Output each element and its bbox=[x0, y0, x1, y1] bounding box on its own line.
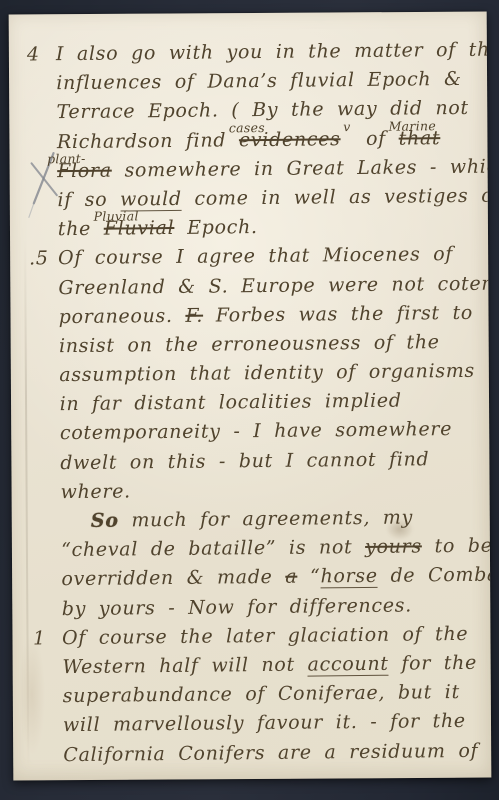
text-run: for the bbox=[389, 652, 478, 675]
text-run: poraneous. bbox=[59, 305, 186, 328]
text-run: come in well as vestiges of bbox=[182, 184, 492, 209]
photo-background: 4I also go with you in the matter of the… bbox=[0, 0, 499, 800]
text-run: “cheval de bataille” is not bbox=[61, 536, 365, 561]
handwritten-line: 4I also go with you in the matter of the bbox=[56, 36, 481, 70]
handwritten-line: assumption that identity of organisms bbox=[59, 357, 484, 391]
handwritten-line: influences of Dana’s fluvial Epoch & bbox=[56, 65, 481, 99]
text-run: California Conifers are a residuum of bbox=[63, 739, 478, 765]
handwritten-line: 1Of course the later glaciation of the bbox=[62, 619, 487, 653]
text-run: I also go with you in the matter of the bbox=[56, 39, 491, 66]
handwritten-text: 4I also go with you in the matter of the… bbox=[56, 36, 489, 770]
handwritten-line: Richardson find casesevidences v of Mari… bbox=[57, 123, 482, 157]
text-run: Epoch. bbox=[174, 216, 258, 239]
handwritten-line: poraneous. F. Forbes was the first to bbox=[59, 298, 484, 332]
text-run: by yours - Now for differences. bbox=[62, 594, 412, 620]
text-run: Forbes was the first to bbox=[203, 302, 473, 327]
paper-crease bbox=[24, 239, 29, 769]
struck-word: yours bbox=[365, 536, 422, 559]
text-run: much for agreements, my bbox=[119, 506, 414, 531]
text-run: dwelt on this - but I cannot find bbox=[60, 448, 429, 474]
text-run: de Combat” bbox=[378, 564, 492, 587]
struck-word: F. bbox=[185, 304, 203, 326]
handwritten-line: Western half will not account for the bbox=[62, 649, 487, 683]
text-run: Of course the later glaciation of the bbox=[62, 623, 468, 649]
text-run: in far distant localities implied bbox=[60, 390, 402, 416]
text-run: to be bbox=[422, 535, 492, 558]
text-run: influences of Dana’s fluvial Epoch & bbox=[56, 68, 462, 94]
handwritten-line: So much for agreements, my bbox=[61, 503, 486, 537]
text-run: Western half will not bbox=[62, 654, 307, 679]
handwritten-line: Greenland & S. Europe were not cotem= bbox=[58, 269, 483, 303]
text-run: Richardson find bbox=[57, 129, 239, 153]
handwritten-line: by yours - Now for differences. bbox=[62, 590, 487, 624]
text-run: cotemporaneity - I have somewhere bbox=[60, 418, 452, 444]
handwritten-line: California Conifers are a residuum of bbox=[63, 736, 488, 770]
text-run: will marvellously favour it. - for the bbox=[63, 710, 466, 736]
handwritten-line: plant-Flora somewhere in Great Lakes - w… bbox=[57, 152, 482, 186]
text-run: Greenland & S. Europe were not cotem= bbox=[58, 272, 491, 299]
handwritten-line: “cheval de bataille” is not yours to be bbox=[61, 532, 486, 566]
struck-word: a bbox=[285, 566, 297, 588]
text-run: superabundance of Coniferae, but it bbox=[63, 681, 460, 707]
text-run: assumption that identity of organisms bbox=[59, 360, 475, 386]
text-run: where. bbox=[60, 480, 131, 503]
text-run: “ bbox=[297, 566, 320, 588]
handwritten-line: in far distant localities implied bbox=[59, 386, 484, 420]
text-run: overridden & made bbox=[61, 566, 285, 590]
handwritten-line: where. bbox=[60, 474, 485, 508]
overwritten-word: So bbox=[91, 510, 119, 532]
text-run: somewhere in Great Lakes - which bbox=[112, 155, 492, 181]
handwritten-line: superabundance of Coniferae, but it bbox=[63, 678, 488, 712]
text-run: insist on the erroneousness of the bbox=[59, 331, 440, 357]
handwritten-line: cotemporaneity - I have somewhere bbox=[60, 415, 485, 449]
handwritten-line: overridden & made a “horse de Combat” bbox=[61, 561, 486, 595]
handwritten-line: the PluvialFluvial Epoch. bbox=[58, 211, 483, 245]
handwritten-line: will marvellously favour it. - for the bbox=[63, 707, 488, 741]
text-run: if so bbox=[57, 188, 120, 211]
letter-page: 4I also go with you in the matter of the… bbox=[9, 12, 492, 781]
underlined-word: account bbox=[307, 653, 388, 677]
underlined-word: horse bbox=[320, 565, 378, 589]
item-number: .5 bbox=[29, 245, 56, 274]
item-number: 4 bbox=[27, 40, 54, 69]
item-number: 1 bbox=[33, 624, 60, 653]
text-run: Of course I agree that Miocenes of bbox=[58, 243, 453, 269]
handwritten-line: dwelt on this - but I cannot find bbox=[60, 444, 485, 478]
handwritten-line: .5Of course I agree that Miocenes of bbox=[58, 240, 483, 274]
handwritten-line: insist on the erroneousness of the bbox=[59, 328, 484, 362]
